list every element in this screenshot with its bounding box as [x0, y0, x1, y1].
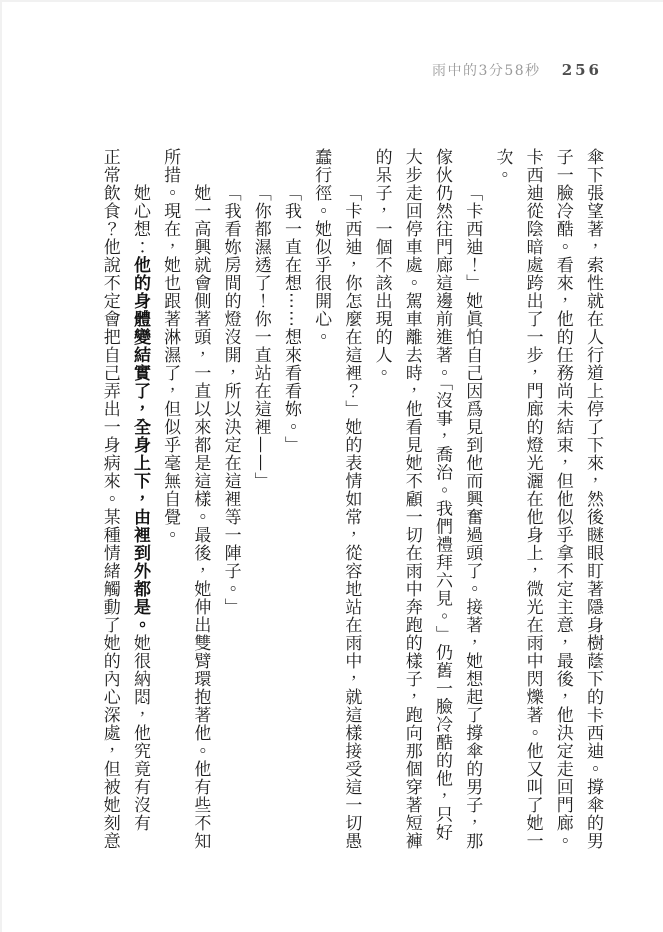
- text-segment: 所措。現在，她也跟著淋濕了，但似乎毫無自覺。: [160, 148, 180, 544]
- text-segment: 她很納悶，他究竟有沒有: [130, 634, 150, 832]
- text-segment: 大步走回停車處。駕車離去時，他看見她不顧一切在雨中奔跑的樣子，跑向那個穿著短褲: [402, 148, 422, 850]
- text-column: 她心想：他的身體變結實了，全身上下，由裡到外都是。她很納悶，他究竟有沒有: [125, 148, 155, 850]
- text-column: 「卡西迪！」她眞怕自己因爲見到他而興奮過頭了。接著，她想起了撐傘的男子，那: [457, 148, 487, 850]
- text-segment: 子一臉冷酷。看來，他的任務尚未結束，但他似乎拿不定主意，最後，他決定走回門廊。: [553, 148, 573, 850]
- text-column: 「我一直在想⋯⋯想來看看妳。」: [276, 148, 306, 850]
- running-head: 雨中的3分58秒 256: [432, 60, 602, 80]
- text-segment: 傘下張望著，索性就在人行道上停了下來，然後瞇眼盯著隱身樹蔭下的卡西迪。撐傘的男: [583, 148, 603, 850]
- text-segment: 次。: [492, 148, 512, 184]
- text-column: 「我看妳房間的燈沒開，所以決定在這裡等一陣子。」: [215, 148, 245, 850]
- text-segment: 傢伙仍然往門廊這邊前進著。「沒事，喬治。我們禮拜六見。」仍舊一臉冷酷的他，只好: [432, 148, 452, 842]
- text-column: 正常飲食？他說不定會把自己弄出一身病來。某種情緒觸動了她的內心深處，但被她刻意: [95, 148, 125, 850]
- text-segment: 正常飲食？他說不定會把自己弄出一身病來。某種情緒觸動了她的內心深處，但被她刻意: [100, 148, 120, 850]
- text-segment: 「我看妳房間的燈沒開，所以決定在這裡等一陣子。」: [221, 184, 241, 616]
- text-segment: 她心想：: [130, 184, 150, 256]
- text-segment: 蠢行徑。她似乎很開心。: [311, 148, 331, 346]
- text-column: 所措。現在，她也跟著淋濕了，但似乎毫無自覺。: [155, 148, 185, 850]
- page-number: 256: [562, 61, 602, 79]
- text-segment: 卡西迪從陰暗處跨出了一步，門廊的燈光灑在他身上，微光在雨中閃爍著。他又叫了她一: [523, 148, 543, 850]
- text-segment: 「卡西迪，你怎麼在這裡？」她的表情如常，從容地站在雨中，就這樣接受這一切愚: [341, 184, 361, 850]
- text-column: 次。: [487, 148, 517, 850]
- text-segment: 的呆子，一個不該出現的人。: [372, 148, 392, 382]
- text-column: 「你都濕透了！你一直站在這裡——」: [246, 148, 276, 850]
- text-column: 子一臉冷酷。看來，他的任務尚未結束，但他似乎拿不定主意，最後，他決定走回門廊。: [548, 148, 578, 850]
- text-column: 她一高興就會側著頭，一直以來都是這樣。最後，她伸出雙臂環抱著他。他有些不知: [185, 148, 215, 850]
- page-text: 傘下張望著，索性就在人行道上停了下來，然後瞇眼盯著隱身樹蔭下的卡西迪。撐傘的男子…: [92, 148, 608, 850]
- text-segment: 「卡西迪！」她眞怕自己因爲見到他而興奮過頭了。接著，她想起了撐傘的男子，那: [462, 184, 482, 850]
- text-column: 的呆子，一個不該出現的人。: [366, 148, 396, 850]
- text-column: 傢伙仍然往門廊這邊前進著。「沒事，喬治。我們禮拜六見。」仍舊一臉冷酷的他，只好: [427, 148, 457, 850]
- text-column: 卡西迪從陰暗處跨出了一步，門廊的燈光灑在他身上，微光在雨中閃爍著。他又叫了她一: [517, 148, 547, 850]
- running-head-title: 雨中的3分58秒: [432, 60, 541, 80]
- text-column: 蠢行徑。她似乎很開心。: [306, 148, 336, 850]
- text-column: 「卡西迪，你怎麼在這裡？」她的表情如常，從容地站在雨中，就這樣接受這一切愚: [336, 148, 366, 850]
- text-segment: 她一高興就會側著頭，一直以來都是這樣。最後，她伸出雙臂環抱著他。他有些不知: [190, 184, 210, 850]
- text-segment: 「我一直在想⋯⋯想來看看妳。」: [281, 184, 301, 454]
- text-column: 大步走回停車處。駕車離去時，他看見她不顧一切在雨中奔跑的樣子，跑向那個穿著短褲: [397, 148, 427, 850]
- text-segment: 「你都濕透了！你一直站在這裡——」: [251, 184, 271, 490]
- book-page: 雨中的3分58秒 256 傘下張望著，索性就在人行道上停了下來，然後瞇眼盯著隱身…: [0, 0, 663, 932]
- emphasized-text: 他的身體變結實了，全身上下，由裡到外都是。: [130, 256, 150, 634]
- text-column: 傘下張望著，索性就在人行道上停了下來，然後瞇眼盯著隱身樹蔭下的卡西迪。撐傘的男: [578, 148, 608, 850]
